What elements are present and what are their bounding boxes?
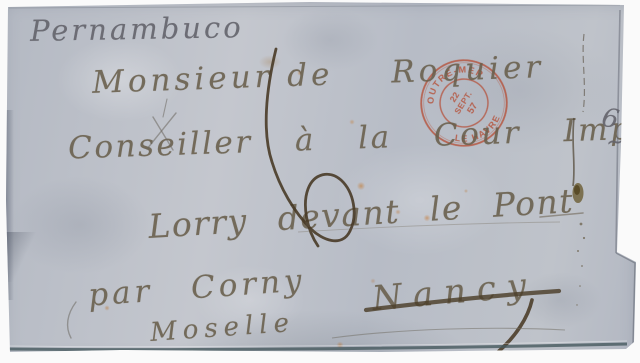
addressee-salutation: Monsieur de	[92, 56, 334, 100]
photo-scene: OUTRE-MER LE HAVRE 22 SEPT. 57 Pernambuc…	[0, 0, 640, 363]
bottom-edge-highlight	[9, 341, 627, 347]
top-edge-line	[9, 5, 620, 8]
left-edge-shadow	[5, 110, 14, 300]
letter-paper: OUTRE-MER LE HAVRE 22 SEPT. 57 Pernambuc…	[0, 0, 640, 363]
pencil-underline-arc	[332, 328, 565, 338]
bottom-edge-line	[9, 344, 627, 350]
ink-blot-core	[574, 185, 580, 195]
ink-streak-top	[583, 34, 584, 112]
crossed-destination: Nancy	[371, 265, 539, 319]
routing-line: par Corny	[87, 262, 307, 313]
ink-blot	[573, 183, 584, 203]
ink-drip-dots	[576, 223, 585, 306]
left-fold-shadow	[0, 232, 36, 282]
address-place-line: Lorry devant le Pont	[147, 181, 575, 246]
origin-note: Pernambuco	[30, 10, 244, 48]
address-title-line: Conseiller à la Cour Imp~	[68, 109, 640, 166]
pencil-flourish: ~	[605, 129, 626, 156]
right-fold-edge	[616, 253, 635, 344]
address-title: Conseiller à la Cour Imp	[68, 111, 633, 167]
addressee-name: Roquier	[391, 49, 545, 90]
department-note: Moselle	[149, 308, 296, 348]
